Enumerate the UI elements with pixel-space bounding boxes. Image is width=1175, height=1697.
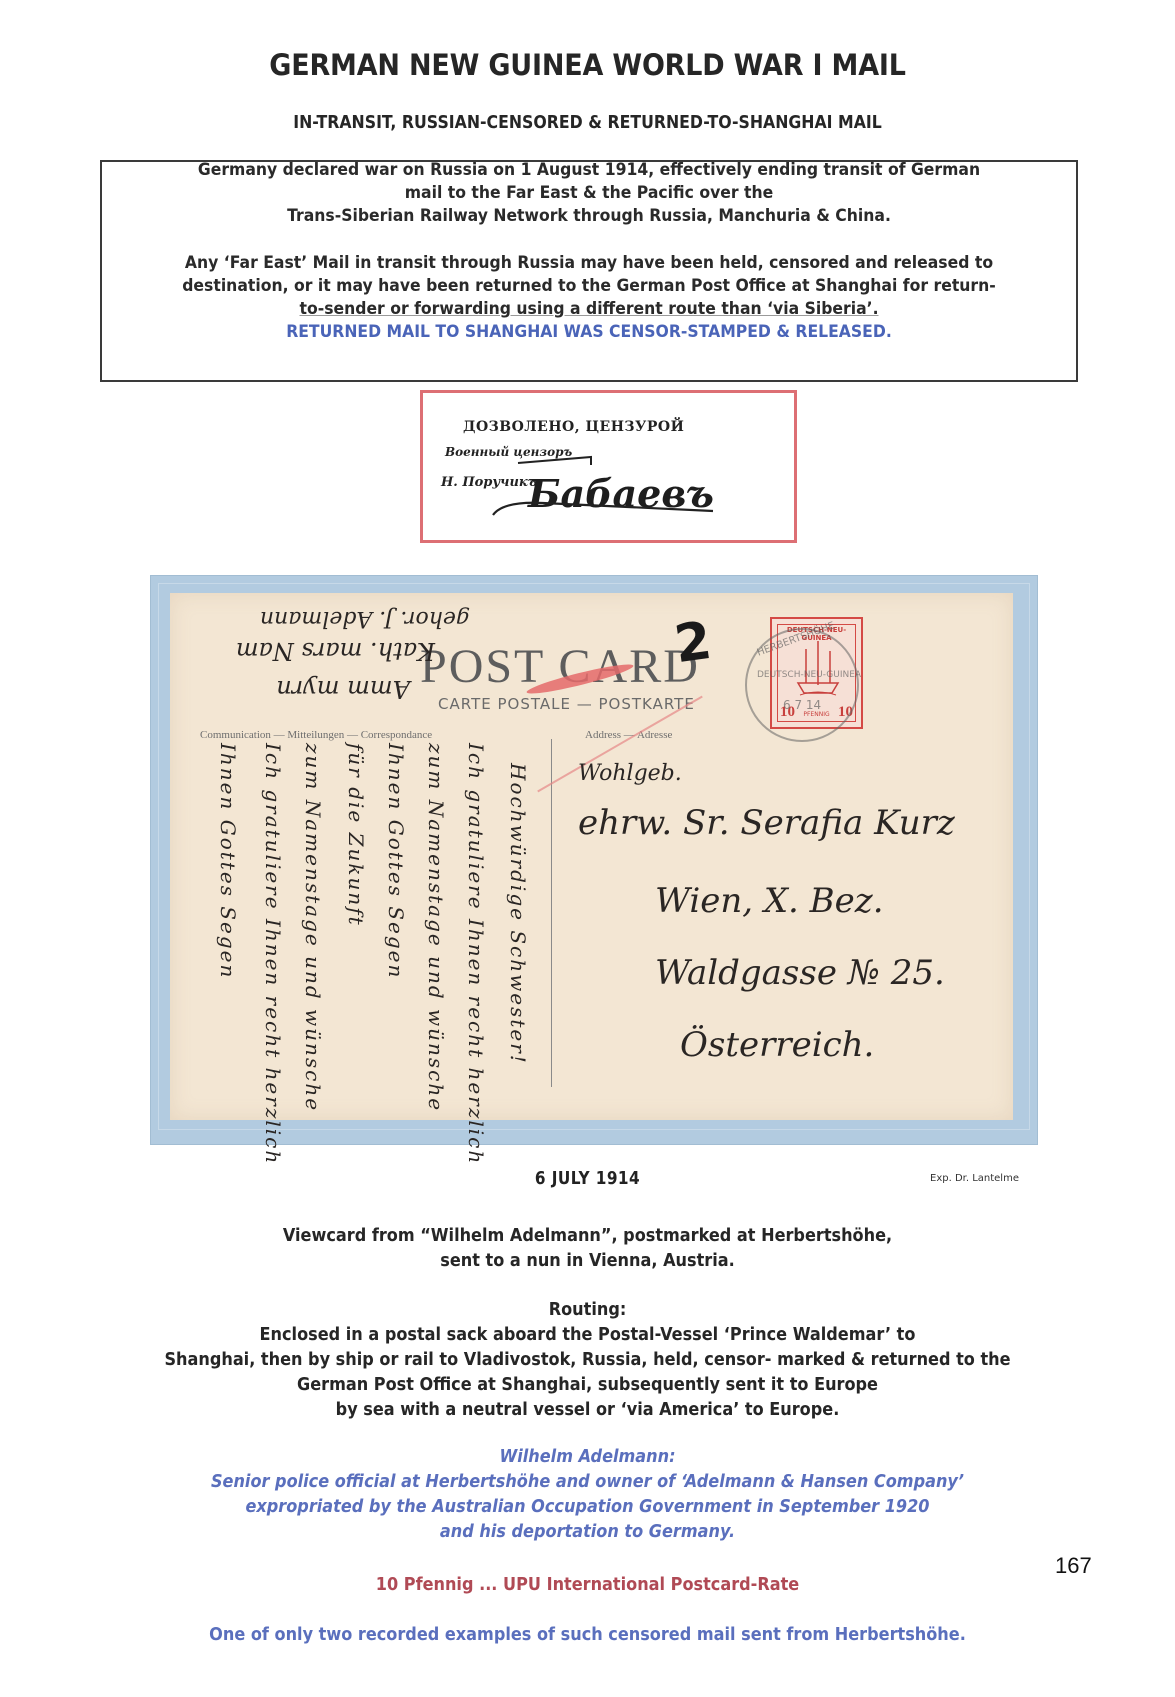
handwriting-upside-down: gehor. J. Adelmann bbox=[260, 606, 470, 631]
handwriting-upside-down: Amm myrn bbox=[276, 675, 410, 703]
description-text: sent to a nun in Vienna, Austria. bbox=[47, 1251, 1128, 1271]
intro-text: destination, or it may have been returne… bbox=[141, 276, 1037, 296]
page-number: 167 bbox=[1055, 1553, 1092, 1579]
postmark: HERBERTSHÖHE DEUTSCH-NEU-GUINEA 6 7 14 bbox=[745, 628, 859, 742]
handwriting-message: Ihnen Gottes Segen bbox=[216, 743, 240, 979]
postage-rate: 10 Pfennig ... UPU International Postcar… bbox=[47, 1575, 1128, 1595]
intro-text: to-sender or forwarding using a differen… bbox=[141, 299, 1037, 319]
signature-strokes bbox=[423, 393, 800, 546]
handwriting-upside-down: Kath. mars Nam bbox=[236, 637, 435, 665]
page-subtitle: IN-TRANSIT, RUSSIAN-CENSORED & RETURNED-… bbox=[59, 113, 1117, 133]
intro-text: mail to the Far East & the Pacific over … bbox=[141, 183, 1037, 203]
routing-text: by sea with a neutral vessel or ‘via Ame… bbox=[47, 1400, 1128, 1420]
postcard-subtitle: CARTE POSTALE — POSTKARTE bbox=[438, 695, 695, 713]
bio-text: expropriated by the Australian Occupatio… bbox=[47, 1497, 1128, 1517]
handwriting-message: für die Zukunft bbox=[344, 743, 368, 927]
postcard-divider bbox=[551, 739, 552, 1087]
expertise-note: Exp. Dr. Lantelme bbox=[930, 1173, 1019, 1184]
handwriting-message: zum Namenstage und wünsche bbox=[301, 743, 325, 1112]
postmark-region: DEUTSCH-NEU-GUINEA bbox=[757, 670, 861, 680]
postmark-date: 6 7 14 bbox=[783, 698, 821, 712]
postcard: POST CARD CARTE POSTALE — POSTKARTE Comm… bbox=[170, 593, 1013, 1120]
bio-text: and his deportation to Germany. bbox=[47, 1522, 1128, 1542]
routing-label: Routing: bbox=[47, 1300, 1128, 1320]
bio-heading: Wilhelm Adelmann: bbox=[47, 1447, 1128, 1467]
routing-text: German Post Office at Shanghai, subseque… bbox=[47, 1375, 1128, 1395]
intro-text: Any ‘Far East’ Mail in transit through R… bbox=[141, 253, 1037, 273]
intro-text: Germany declared war on Russia on 1 Augu… bbox=[141, 160, 1037, 180]
handwriting-message: Hochwürdige Schwester! bbox=[506, 763, 530, 1065]
bio-text: Senior police official at Herbertshöhe a… bbox=[47, 1472, 1128, 1492]
communication-header: Communication — Mitteilungen — Correspon… bbox=[200, 729, 432, 741]
address-line: Wohlgeb. bbox=[578, 761, 682, 786]
address-line: Waldgasse № 25. bbox=[655, 953, 945, 993]
rarity-note: One of only two recorded examples of suc… bbox=[47, 1625, 1128, 1645]
handwriting-message: Ihnen Gottes Segen bbox=[384, 743, 408, 979]
handwriting-message: zum Namenstage und wünsche bbox=[424, 743, 448, 1112]
intro-text: Trans-Siberian Railway Network through R… bbox=[141, 206, 1037, 226]
handwritten-mark: 2 bbox=[671, 611, 715, 675]
handwriting-message: Ich gratuliere Ihnen recht herzlich bbox=[464, 743, 488, 1165]
routing-text: Shanghai, then by ship or rail to Vladiv… bbox=[47, 1350, 1128, 1370]
address-line: ehrw. Sr. Serafia Kurz bbox=[578, 803, 955, 843]
censor-mark-enlargement: ДОЗВОЛЕНО, ЦЕНЗУРОЙ Военный цензоръ Н. П… bbox=[420, 390, 797, 543]
page-title: GERMAN NEW GUINEA WORLD WAR I MAIL bbox=[41, 48, 1134, 82]
intro-box: Germany declared war on Russia on 1 Augu… bbox=[100, 160, 1078, 382]
routing-text: Enclosed in a postal sack aboard the Pos… bbox=[47, 1325, 1128, 1345]
description-text: Viewcard from “Wilhelm Adelmann”, postma… bbox=[47, 1226, 1128, 1246]
intro-highlight: RETURNED MAIL TO SHANGHAI WAS CENSOR-STA… bbox=[141, 322, 1037, 342]
address-line: Wien, X. Bez. bbox=[655, 881, 884, 921]
address-line: Österreich. bbox=[680, 1025, 874, 1065]
handwriting-message: Ich gratuliere Ihnen recht herzlich bbox=[261, 743, 285, 1165]
